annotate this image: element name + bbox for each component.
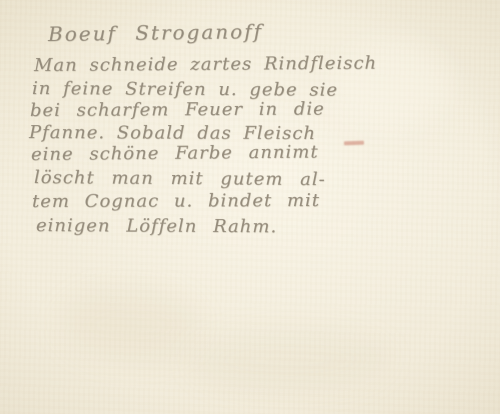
- recipe-line: einigen Löffeln Rahm.: [36, 215, 277, 237]
- recipe-line: löscht man mit gutem al-: [34, 167, 326, 190]
- recipe-line: in feine Streifen u. gebe sie: [32, 78, 338, 101]
- recipe-line: Man schneide zartes Rindfleisch: [34, 53, 377, 76]
- recipe-line: Pfanne. Sobald das Fleisch: [29, 122, 316, 144]
- recipe-line: tem Cognac u. bindet mit: [32, 190, 320, 212]
- paper-stain: [60, 290, 200, 360]
- recipe-line: bei scharfem Feuer in die: [30, 98, 325, 121]
- recipe-card: Boeuf Stroganoff Man schneide zartes Rin…: [0, 0, 500, 414]
- recipe-line: eine schöne Farbe annimt: [31, 141, 319, 165]
- red-stamp-mark: [344, 141, 364, 146]
- recipe-title: Boeuf Stroganoff: [48, 19, 263, 46]
- paper-stain: [190, 330, 390, 390]
